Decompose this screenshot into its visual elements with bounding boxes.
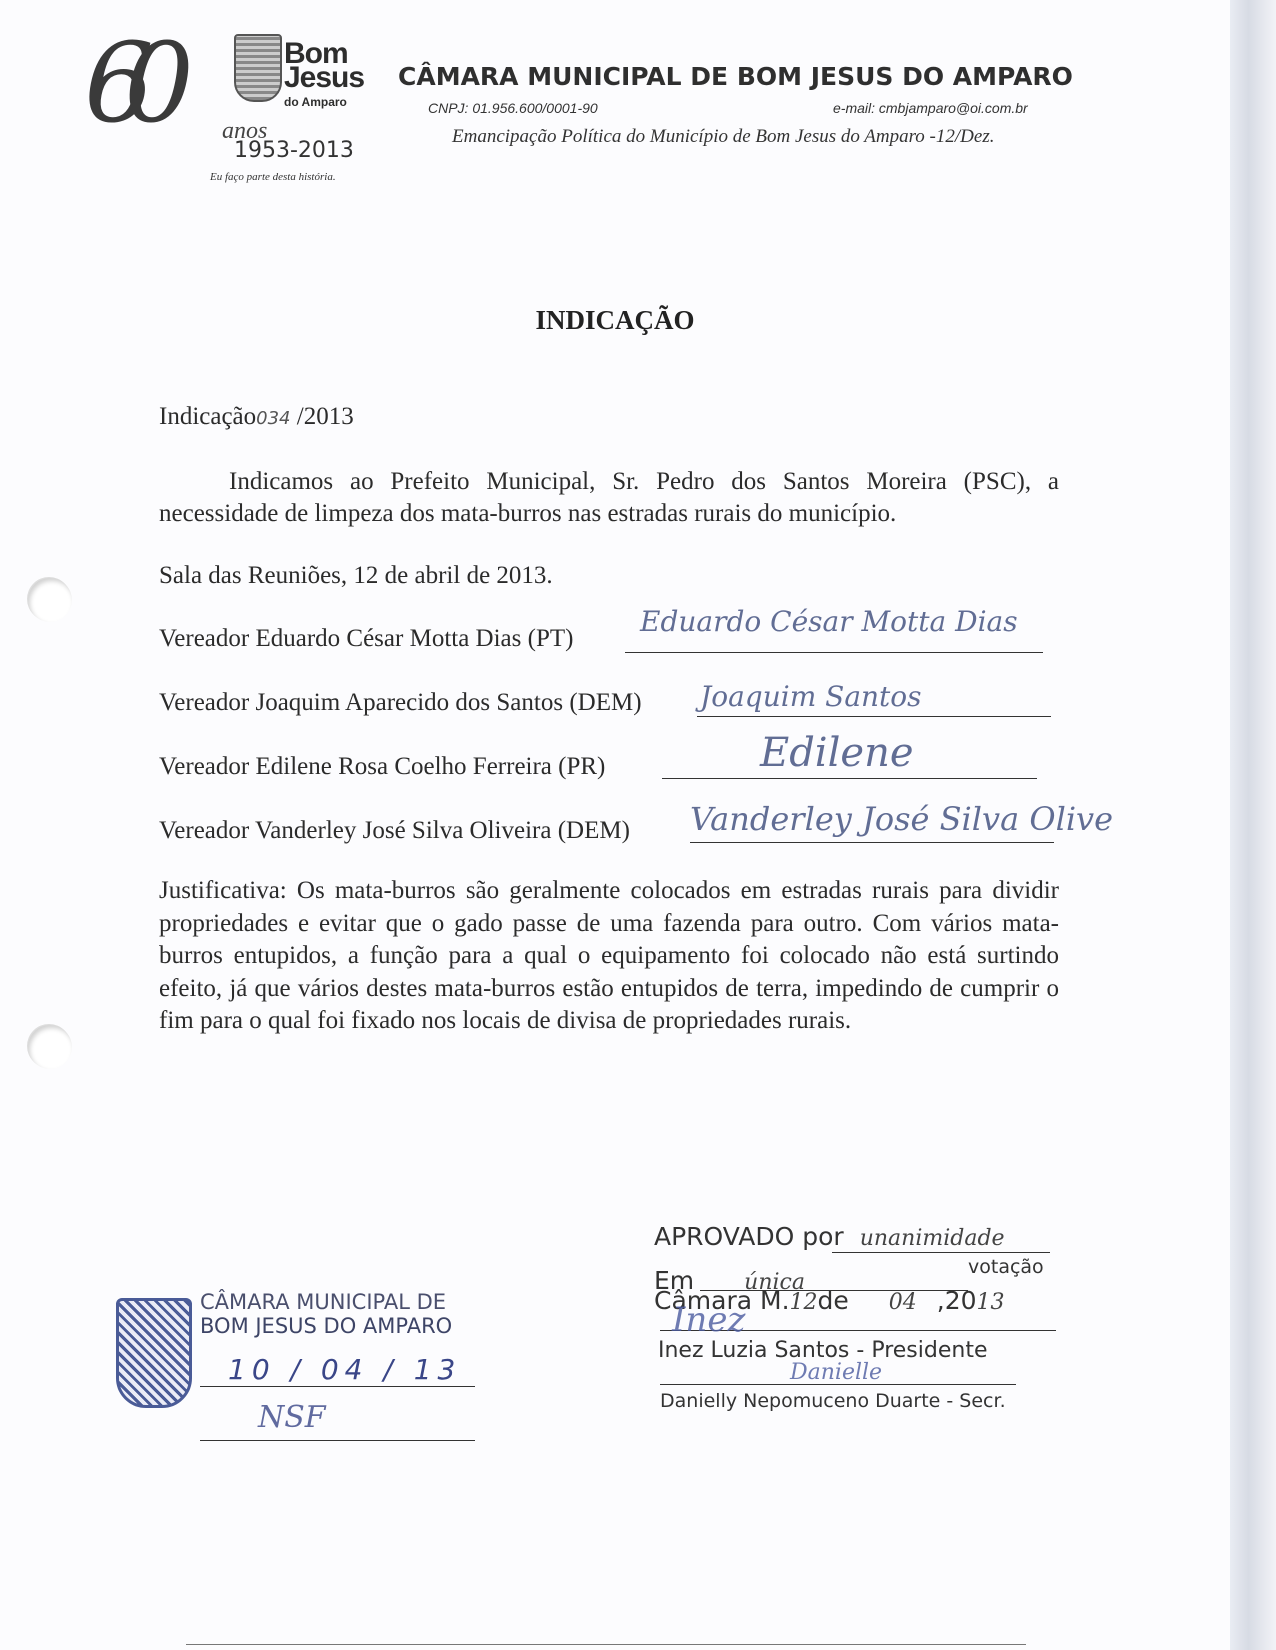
- indication-number: Indicação034 /2013: [159, 403, 354, 431]
- logo-city-name: Bom Jesus do Amparo: [284, 42, 364, 114]
- punch-hole: [28, 578, 72, 622]
- stamp-date-line: [200, 1386, 475, 1387]
- approved-by-label: APROVADO por: [654, 1222, 844, 1251]
- stamp-line1: CÂMARA MUNICIPAL DE: [200, 1290, 446, 1314]
- indication-label: Indicação: [159, 403, 256, 430]
- municipal-coat-of-arms-icon: [234, 34, 282, 102]
- signature-vanderley: Vanderley José Silva Olive: [690, 800, 1113, 838]
- signature-line: [690, 842, 1054, 843]
- secretary-name: Danielly Nepomuceno Duarte - Secr.: [660, 1390, 1006, 1412]
- logo-motto: Eu faço parte desta história.: [210, 171, 336, 183]
- indication-year: /2013: [297, 403, 354, 430]
- logo-city-line2: Jesus: [284, 66, 364, 90]
- anniversary-logo: 60 Bom Jesus do Amparo anos 1953-2013 Eu…: [84, 28, 384, 178]
- secretary-signature-line: [660, 1384, 1016, 1385]
- letterhead-title: CÂMARA MUNICIPAL DE BOM JESUS DO AMPARO: [398, 62, 1073, 91]
- signature-line: [697, 716, 1051, 717]
- approved-by-value: unanimidade: [860, 1226, 1005, 1251]
- page-edge: [1230, 0, 1276, 1650]
- stamp-initials: NSF: [258, 1400, 326, 1435]
- signature-edilene: Edilene: [760, 730, 914, 776]
- letterhead-cnpj: CNPJ: 01.956.600/0001-90: [428, 100, 598, 116]
- footer-rule: [186, 1644, 1026, 1645]
- year-prefix: ,20: [937, 1286, 977, 1315]
- secretary-signature: Danielle: [790, 1360, 882, 1385]
- approval-day: 12: [790, 1290, 818, 1315]
- signature-line: [662, 778, 1037, 779]
- approval-month: 04: [889, 1290, 917, 1315]
- signature-joaquim: Joaquim Santos: [700, 680, 922, 713]
- signatory-label: Vereador Vanderley José Silva Oliveira (…: [159, 817, 630, 845]
- document-heading: INDICAÇÃO: [0, 305, 1230, 336]
- president-signature: Inez: [672, 1300, 745, 1340]
- votacao-label: votação: [968, 1256, 1044, 1278]
- place-date: Sala das Reuniões, 12 de abril de 2013.: [159, 562, 553, 590]
- stamp-line2: BOM JESUS DO AMPARO: [200, 1314, 452, 1338]
- de-label: de: [818, 1286, 849, 1315]
- signature-eduardo: Eduardo César Motta Dias: [640, 605, 1018, 638]
- approved-by: APROVADO porunanimidade: [654, 1222, 1005, 1251]
- signatory-label: Vereador Eduardo César Motta Dias (PT): [159, 625, 573, 653]
- year-suffix: 13: [977, 1290, 1005, 1315]
- justification: Justificativa: Os mata-burros são geralm…: [159, 875, 1059, 1038]
- logo-years: 1953-2013: [234, 138, 354, 163]
- indication-number-handwritten: 034: [256, 408, 290, 429]
- signatory-label: Vereador Joaquim Aparecido dos Santos (D…: [159, 689, 642, 717]
- stamp-initials-line: [200, 1440, 475, 1441]
- logo-sixty: 60: [84, 28, 164, 138]
- letterhead-emancipation: Emancipação Política do Município de Bom…: [452, 126, 994, 148]
- signatory-label: Vereador Edilene Rosa Coelho Ferreira (P…: [159, 753, 605, 781]
- indication-body: Indicamos ao Prefeito Municipal, Sr. Ped…: [159, 466, 1059, 530]
- signature-line: [625, 652, 1043, 653]
- stamp-coat-of-arms-icon: [116, 1298, 192, 1408]
- letterhead-email: e-mail: cmbjamparo@oi.com.br: [833, 100, 1028, 116]
- stamp-date: 10 / 04 / 13: [228, 1353, 461, 1386]
- punch-hole: [28, 1025, 72, 1069]
- approval-line: [832, 1252, 1050, 1253]
